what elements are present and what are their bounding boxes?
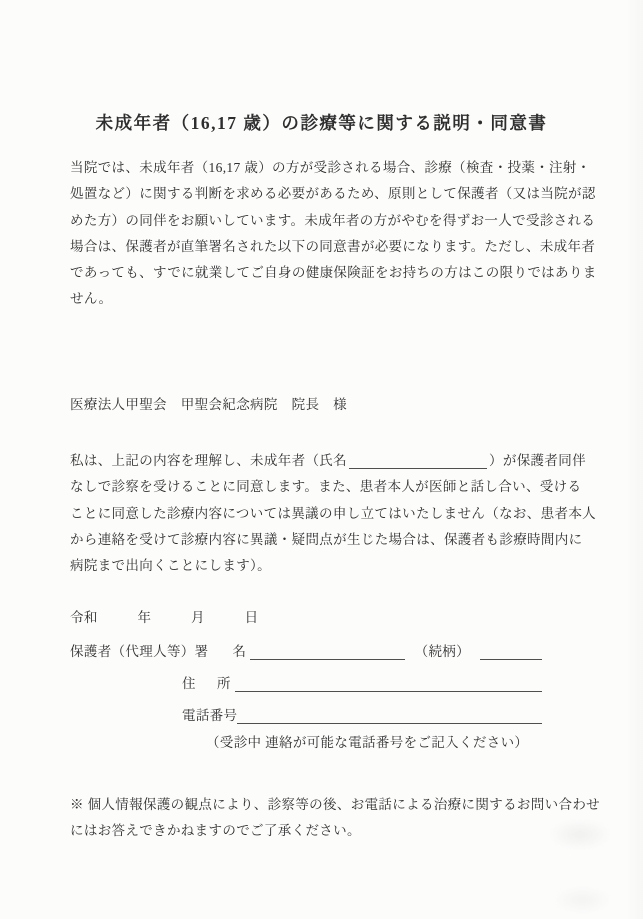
consent-line: なしで診察を受けることに同意します。また、患者本人が医師と話し合い、受ける: [70, 474, 596, 500]
guardian-signature-label: 保護者（代理人等）署: [70, 639, 209, 665]
consent-document-page: 未成年者（16,17 歳）の診療等に関する説明・同意書 当院では、未成年者（16…: [0, 0, 643, 919]
phone-note: （受診中 連絡が可能な電話番号をご記入ください）: [206, 731, 528, 751]
scan-edge-shadow: [625, 0, 643, 919]
document-title: 未成年者（16,17 歳）の診療等に関する説明・同意書: [0, 110, 643, 135]
addressee-line: 医療法人甲聖会 甲聖会紀念病院 院長 様: [70, 392, 347, 418]
address-blank-line: [235, 691, 543, 692]
privacy-note-line: ※ 個人情報保護の観点により、診察等の後、お電話による治療に関するお問い合わせ: [70, 792, 600, 818]
intro-line: 場合は、保護者が直筆署名された以下の同意書が必要になります。ただし、未成年者: [70, 234, 597, 260]
phone-row: 電話番号: [182, 703, 542, 729]
privacy-note-line: にはお答えできかねますのでご了承ください。: [70, 818, 600, 844]
patient-name-blank-line: [349, 468, 487, 469]
name-blank-line: [250, 659, 404, 660]
address-label: 住 所: [182, 671, 235, 697]
intro-line: せん。: [70, 286, 597, 312]
relation-label: （続柄）: [415, 639, 470, 665]
consent-paragraph: 私は、上記の内容を理解し、未成年者（氏名）が保護者同伴 なしで診察を受けることに…: [70, 448, 596, 579]
guardian-signature-row: 保護者（代理人等）署 名 （続柄）: [70, 639, 542, 665]
intro-line: めた方）の同伴をお願いしています。未成年者の方がやむを得ずお一人で受診される: [70, 208, 597, 234]
intro-line: 処置など）に関する判断を求める必要があるため、原則として保護者（又は当院が認: [70, 181, 597, 207]
address-row: 住 所: [182, 671, 542, 697]
consent-text-after-name: ）が保護者同伴: [489, 453, 586, 468]
consent-line-with-name-blank: 私は、上記の内容を理解し、未成年者（氏名）が保護者同伴: [70, 448, 596, 474]
consent-line: から連絡を受けて診療内容に異議・疑問点が生じた場合は、保護者も診療時間内に: [70, 527, 596, 553]
consent-text-before-name: 私は、上記の内容を理解し、未成年者（氏名: [70, 453, 347, 468]
day-label: 日: [245, 605, 259, 631]
consent-line: ことに同意した診療内容については異議の申し立てはいたしません（なお、患者本人: [70, 501, 596, 527]
month-label: 月: [191, 605, 205, 631]
privacy-note: ※ 個人情報保護の観点により、診察等の後、お電話による治療に関するお問い合わせ …: [70, 792, 600, 845]
year-label: 年: [137, 605, 151, 631]
consent-line: 病院まで出向くことにします）。: [70, 553, 596, 579]
name-label: 名: [233, 639, 247, 665]
scan-smudge: [540, 880, 625, 919]
date-line: 令和 年 月 日: [70, 605, 258, 631]
intro-line: であっても、すでに就業してご自身の健康保険証をお持ちの方はこの限りではありま: [70, 260, 597, 286]
phone-label: 電話番号: [182, 703, 237, 729]
phone-blank-line: [237, 723, 542, 724]
intro-line: 当院では、未成年者（16,17 歳）の方が受診される場合、診療（検査・投薬・注射…: [70, 155, 597, 181]
relation-blank-line: [480, 659, 542, 660]
era-label: 令和: [70, 605, 98, 631]
intro-paragraph: 当院では、未成年者（16,17 歳）の方が受診される場合、診療（検査・投薬・注射…: [70, 155, 597, 313]
